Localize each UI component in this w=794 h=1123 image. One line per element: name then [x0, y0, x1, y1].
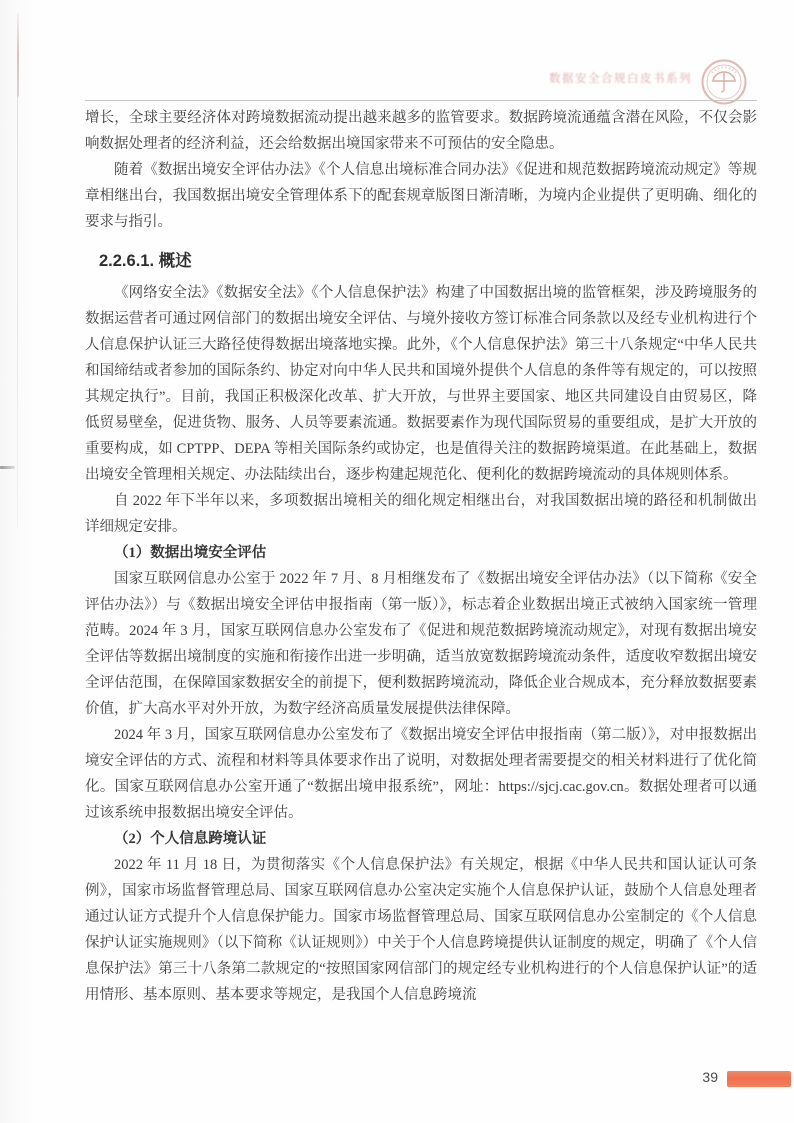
footer-accent-bar [727, 1071, 791, 1087]
subsection-heading: （2）个人信息跨境认证 [85, 826, 757, 852]
document-body: 增长，全球主要经济体对跨境数据流动提出越来越多的监管要求。数据跨境流通蕴含潜在风… [85, 105, 757, 1008]
document-page: 数据安全合规白皮书系列 增长，全球主要经济体对跨境数据流动提出越来越多的监管要求… [0, 0, 794, 1123]
body-paragraph: 国家互联网信息办公室于 2022 年 7 月、8 月相继发布了《数据出境安全评估… [85, 566, 757, 722]
body-paragraph: 2022 年 11 月 18 日，为贯彻落实《个人信息保护法》有关规定，根据《中… [85, 852, 757, 1008]
body-paragraph: 《网络安全法》《数据安全法》《个人信息保护法》构建了中国数据出境的监管框架，涉及… [85, 280, 757, 488]
page-number: 39 [702, 1069, 718, 1085]
body-paragraph: 增长，全球主要经济体对跨境数据流动提出越来越多的监管要求。数据跨境流通蕴含潜在风… [85, 105, 757, 157]
scan-artifact-line-top [17, 13, 19, 97]
body-paragraph: 2024 年 3 月，国家互联网信息办公室发布了《数据出境安全评估申报指南（第二… [85, 722, 757, 826]
header-divider [85, 100, 757, 101]
body-paragraph: 自 2022 年下半年以来，多项数据出境相关的细化规定相继出台，对我国数据出境的… [85, 488, 757, 540]
subsection-heading: （1）数据出境安全评估 [85, 540, 757, 566]
publisher-seal-icon [700, 58, 748, 106]
scan-artifact-line-mid [17, 97, 18, 527]
scan-artifact-tick [0, 466, 15, 469]
section-heading: 2.2.6.1. 概述 [85, 248, 757, 274]
header-series-title: 数据安全合规白皮书系列 [549, 70, 692, 86]
body-paragraph: 随着《数据出境安全评估办法》《个人信息出境标准合同办法》《促进和规范数据跨境流动… [85, 157, 757, 235]
